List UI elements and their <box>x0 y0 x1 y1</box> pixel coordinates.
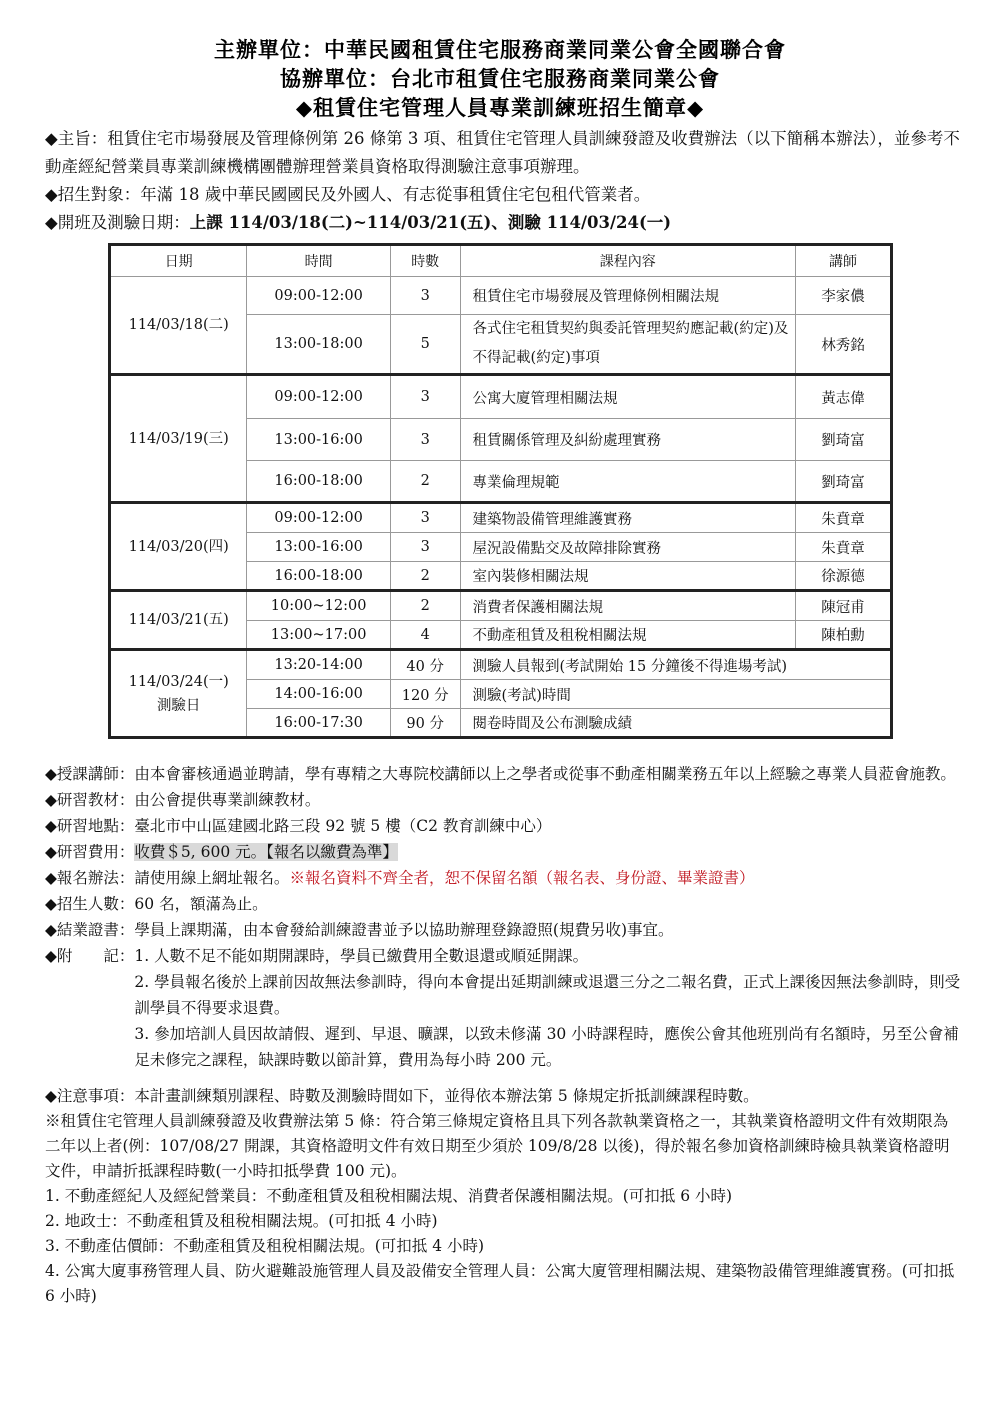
notes-label: ◆附 記： <box>45 943 134 1073</box>
content-cell: 屋況設備點交及故障排除實務 <box>460 533 795 562</box>
register-text: 請使用線上網址報名。 <box>134 869 289 887</box>
content-cell: 測驗(考試)時間 <box>460 680 891 709</box>
page-title: ◆租賃住宅管理人員專業訓練班招生簡章◆ <box>0 94 1000 123</box>
content-cell: 室內裝修相關法規 <box>460 562 795 591</box>
table-row: 114/03/19(三) 09:00-12:00 3 公寓大廈管理相關法規 黃志… <box>110 375 892 419</box>
time-cell: 10:00~12:00 <box>247 591 390 621</box>
date-cell: 114/03/21(五) <box>110 591 247 650</box>
hours-cell: 3 <box>390 419 460 461</box>
content-cell: 租賃住宅市場發展及管理條例相關法規 <box>460 277 795 315</box>
hours-cell: 4 <box>390 621 460 650</box>
note-item: 3. 參加培訓人員因故請假、遲到、早退、曠課，以致未修滿 30 小時課程時，應俟… <box>134 1021 965 1073</box>
time-cell: 16:00-18:00 <box>247 562 390 591</box>
capacity-label: ◆招生人數： <box>45 891 134 917</box>
materials-text: 由公會提供專業訓練教材。 <box>134 787 965 813</box>
note-item: 1. 人數不足不能如期開課時，學員已繳費用全數退還或順延開課。 <box>134 943 965 969</box>
instructor-row: ◆授課講師： 由本會審核通過並聘請，學有專精之大專院校講師以上之學者或從事不動產… <box>45 761 965 787</box>
header: 主辦單位：中華民國租賃住宅服務商業同業公會全國聯合會 協辦單位：台北市租賃住宅服… <box>0 36 1000 123</box>
brochure-page: 主辦單位：中華民國租賃住宅服務商業同業公會全國聯合會 協辦單位：台北市租賃住宅服… <box>0 0 1000 1414</box>
notes-list: 1. 人數不足不能如期開課時，學員已繳費用全數退還或順延開課。 2. 學員報名後… <box>134 943 965 1073</box>
time-cell: 13:00~17:00 <box>247 621 390 650</box>
content-cell: 租賃關係管理及糾紛處理實務 <box>460 419 795 461</box>
deduction-item: 2. 地政士：不動產租賃及租稅相關法規。(可扣抵 4 小時) <box>45 1209 960 1234</box>
exam-date: 114/03/24(一) <box>117 670 240 694</box>
teacher-cell: 李家儂 <box>795 277 891 315</box>
details-section: ◆授課講師： 由本會審核通過並聘請，學有專精之大專院校講師以上之學者或從事不動產… <box>45 761 965 1073</box>
fee-row: ◆研習費用： 收費＄5, 600 元。【報名以繳費為準】 <box>45 839 965 865</box>
time-cell: 14:00-16:00 <box>247 680 390 709</box>
table-header-row: 日期 時間 時數 課程內容 講師 <box>110 245 892 277</box>
deduction-item: 1. 不動產經紀人及經紀營業員：不動產租賃及租稅相關法規、消費者保護相關法規。(… <box>45 1184 960 1209</box>
teacher-cell: 徐源德 <box>795 562 891 591</box>
notes-row: ◆附 記： 1. 人數不足不能如期開課時，學員已繳費用全數退還或順延開課。 2.… <box>45 943 965 1073</box>
hours-cell: 2 <box>390 562 460 591</box>
hours-cell: 2 <box>390 461 460 503</box>
header-teacher: 講師 <box>795 245 891 277</box>
schedule-table: 日期 時間 時數 課程內容 講師 114/03/18(二) 09:00-12:0… <box>108 243 893 739</box>
hours-cell: 90 分 <box>390 709 460 738</box>
table-row: 114/03/21(五) 10:00~12:00 2 消費者保護相關法規 陳冠甫 <box>110 591 892 621</box>
teacher-cell: 陳冠甫 <box>795 591 891 621</box>
deduction-item: 4. 公寓大廈事務管理人員、防火避難設施管理人員及設備安全管理人員：公寓大廈管理… <box>45 1259 960 1309</box>
content-cell: 公寓大廈管理相關法規 <box>460 375 795 419</box>
time-cell: 13:00-16:00 <box>247 533 390 562</box>
content-cell: 不動產租賃及租稅相關法規 <box>460 621 795 650</box>
materials-row: ◆研習教材： 由公會提供專業訓練教材。 <box>45 787 965 813</box>
time-cell: 16:00-18:00 <box>247 461 390 503</box>
target-label: ◆招生對象： <box>45 185 140 204</box>
location-row: ◆研習地點： 臺北市中山區建國北路三段 92 號 5 樓（C2 教育訓練中心） <box>45 813 965 839</box>
location-text: 臺北市中山區建國北路三段 92 號 5 樓（C2 教育訓練中心） <box>134 813 965 839</box>
hours-cell: 40 分 <box>390 650 460 680</box>
hours-cell: 120 分 <box>390 680 460 709</box>
hours-cell: 3 <box>390 503 460 533</box>
purpose-paragraph: ◆主旨：租賃住宅市場發展及管理條例第 26 條第 3 項、租賃住宅管理人員訓練發… <box>45 125 960 181</box>
certificate-row: ◆結業證書： 學員上課期滿，由本會發給訓練證書並予以協助辦理登錄證照(規費另收)… <box>45 917 965 943</box>
deduction-item: 3. 不動產估價師：不動產租賃及租稅相關法規。(可扣抵 4 小時) <box>45 1234 960 1259</box>
attention-text: 本計畫訓練類別課程、時數及測驗時間如下，並得依本辦法第 5 條規定折抵訓練課程時… <box>134 1087 758 1105</box>
table-row: 114/03/20(四) 09:00-12:00 3 建築物設備管理維護實務 朱… <box>110 503 892 533</box>
hours-cell: 3 <box>390 533 460 562</box>
teacher-cell: 劉琦富 <box>795 419 891 461</box>
instructor-label: ◆授課講師： <box>45 761 134 787</box>
register-label: ◆報名辦法： <box>45 865 134 891</box>
organizer-line: 主辦單位：中華民國租賃住宅服務商業同業公會全國聯合會 <box>0 36 1000 65</box>
attention-label: ◆注意事項： <box>45 1087 134 1105</box>
attention-paragraph: ◆注意事項：本計畫訓練類別課程、時數及測驗時間如下，並得依本辦法第 5 條規定折… <box>45 1084 960 1109</box>
exam-date-label: 測驗日 <box>117 694 240 718</box>
note-item: 2. 學員報名後於上課前因故無法參訓時，得向本會提出延期訓練或退還三分之二報名費… <box>134 969 965 1021</box>
instructor-text: 由本會審核通過並聘請，學有專精之大專院校講師以上之學者或從事不動產相關業務五年以… <box>134 761 965 787</box>
header-time: 時間 <box>247 245 390 277</box>
content-cell: 各式住宅租賃契約與委託管理契約應記載(約定)及不得記載(約定)事項 <box>460 315 795 375</box>
hours-cell: 2 <box>390 591 460 621</box>
dates-paragraph: ◆開班及測驗日期：上課 114/03/18(二)~114/03/21(五)、測驗… <box>45 209 960 237</box>
content-cell: 閱卷時間及公布測驗成績 <box>460 709 891 738</box>
teacher-cell: 朱賁章 <box>795 533 891 562</box>
target-paragraph: ◆招生對象：年滿 18 歲中華民國國民及外國人、有志從事租賃住宅包租代管業者。 <box>45 181 960 209</box>
register-warning: ※報名資料不齊全者，恕不保留名額（報名表、身份證、畢業證書） <box>289 869 754 887</box>
teacher-cell: 黃志偉 <box>795 375 891 419</box>
time-cell: 13:00-18:00 <box>247 315 390 375</box>
purpose-text: 租賃住宅市場發展及管理條例第 26 條第 3 項、租賃住宅管理人員訓練發證及收費… <box>45 129 960 176</box>
co-organizer-line: 協辦單位：台北市租賃住宅服務商業同業公會 <box>0 65 1000 94</box>
table-row: 114/03/18(二) 09:00-12:00 3 租賃住宅市場發展及管理條例… <box>110 277 892 315</box>
date-cell: 114/03/20(四) <box>110 503 247 591</box>
hours-cell: 3 <box>390 277 460 315</box>
hours-cell: 5 <box>390 315 460 375</box>
certificate-label: ◆結業證書： <box>45 917 134 943</box>
time-cell: 09:00-12:00 <box>247 277 390 315</box>
date-cell: 114/03/18(二) <box>110 277 247 375</box>
hours-cell: 3 <box>390 375 460 419</box>
header-date: 日期 <box>110 245 247 277</box>
date-cell: 114/03/24(一) 測驗日 <box>110 650 247 738</box>
teacher-cell: 朱賁章 <box>795 503 891 533</box>
content-cell: 專業倫理規範 <box>460 461 795 503</box>
teacher-cell: 林秀銘 <box>795 315 891 375</box>
dates-text: 上課 114/03/18(二)~114/03/21(五)、測驗 114/03/2… <box>190 213 671 232</box>
purpose-label: ◆主旨： <box>45 129 107 148</box>
content-cell: 消費者保護相關法規 <box>460 591 795 621</box>
intro-section: ◆主旨：租賃住宅市場發展及管理條例第 26 條第 3 項、租賃住宅管理人員訓練發… <box>45 125 960 237</box>
time-cell: 13:00-16:00 <box>247 419 390 461</box>
capacity-text: 60 名，額滿為止。 <box>134 891 965 917</box>
fee-text: 收費＄5, 600 元。【報名以繳費為準】 <box>134 843 397 861</box>
header-hours: 時數 <box>390 245 460 277</box>
register-row: ◆報名辦法： 請使用線上網址報名。※報名資料不齊全者，恕不保留名額（報名表、身份… <box>45 865 965 891</box>
capacity-row: ◆招生人數： 60 名，額滿為止。 <box>45 891 965 917</box>
materials-label: ◆研習教材： <box>45 787 134 813</box>
time-cell: 13:20-14:00 <box>247 650 390 680</box>
teacher-cell: 陳柏勳 <box>795 621 891 650</box>
location-label: ◆研習地點： <box>45 813 134 839</box>
dates-label: ◆開班及測驗日期： <box>45 213 190 232</box>
notice-section: ◆注意事項：本計畫訓練類別課程、時數及測驗時間如下，並得依本辦法第 5 條規定折… <box>45 1084 960 1309</box>
header-content: 課程內容 <box>460 245 795 277</box>
article-paragraph: ※租賃住宅管理人員訓練發證及收費辦法第 5 條：符合第三條規定資格且具下列各款執… <box>45 1109 960 1184</box>
certificate-text: 學員上課期滿，由本會發給訓練證書並予以協助辦理登錄證照(規費另收)事宜。 <box>134 917 965 943</box>
table-row: 114/03/24(一) 測驗日 13:20-14:00 40 分 測驗人員報到… <box>110 650 892 680</box>
fee-label: ◆研習費用： <box>45 839 134 865</box>
content-cell: 建築物設備管理維護實務 <box>460 503 795 533</box>
time-cell: 09:00-12:00 <box>247 503 390 533</box>
time-cell: 16:00-17:30 <box>247 709 390 738</box>
target-text: 年滿 18 歲中華民國國民及外國人、有志從事租賃住宅包租代管業者。 <box>140 185 650 204</box>
time-cell: 09:00-12:00 <box>247 375 390 419</box>
teacher-cell: 劉琦富 <box>795 461 891 503</box>
date-cell: 114/03/19(三) <box>110 375 247 503</box>
content-cell: 測驗人員報到(考試開始 15 分鐘後不得進場考試) <box>460 650 891 680</box>
